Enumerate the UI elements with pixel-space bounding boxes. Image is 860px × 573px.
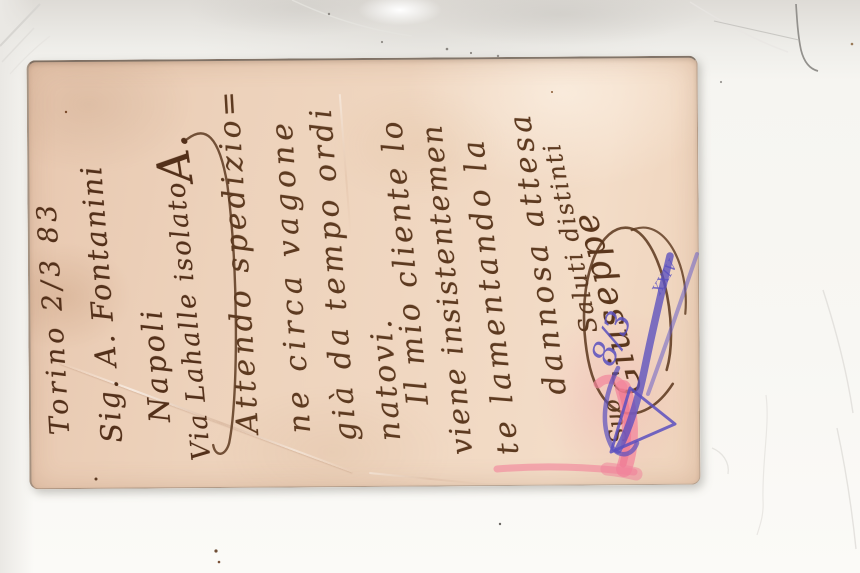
postcard: Torino 2/3 83 Sig. A. Fontanini Napoli V…: [27, 56, 701, 490]
closing-word: Suo: [598, 397, 633, 446]
crease-line: [757, 395, 767, 535]
dust-speck: [381, 41, 383, 43]
crease-line: [2, 28, 34, 62]
crease-line: [690, 2, 788, 52]
dust-speck: [851, 43, 854, 46]
scanned-postcard-photo: Torino 2/3 83 Sig. A. Fontanini Napoli V…: [0, 0, 860, 573]
crease-line: [837, 428, 856, 549]
dust-speck: [214, 549, 217, 552]
pencil-line: [714, 21, 799, 40]
crease-line: [712, 448, 728, 474]
date-line: Torino 2/3 83: [31, 200, 76, 436]
handwriting-layer: Torino 2/3 83 Sig. A. Fontanini Napoli V…: [29, 58, 700, 487]
addressee-line: Sig. A. Fontanini: [74, 163, 129, 444]
dust-speck: [218, 561, 221, 564]
dust-speck: [446, 48, 449, 51]
city-line: Napoli: [134, 306, 177, 424]
body-line: Attendo spedizio=: [211, 86, 267, 434]
dust-speck: [720, 81, 722, 83]
crease-line: [823, 290, 853, 413]
crease-line: [292, 0, 412, 36]
crease-line: [0, 4, 40, 46]
street-letter: A.: [143, 132, 203, 187]
dust-speck: [499, 523, 501, 525]
pencil-line: [796, 4, 818, 71]
dust-speck: [328, 13, 330, 15]
dust-speck: [470, 52, 472, 54]
signature-flourish-tail: [632, 227, 686, 314]
pencil-scratch-mark: [714, 4, 818, 71]
